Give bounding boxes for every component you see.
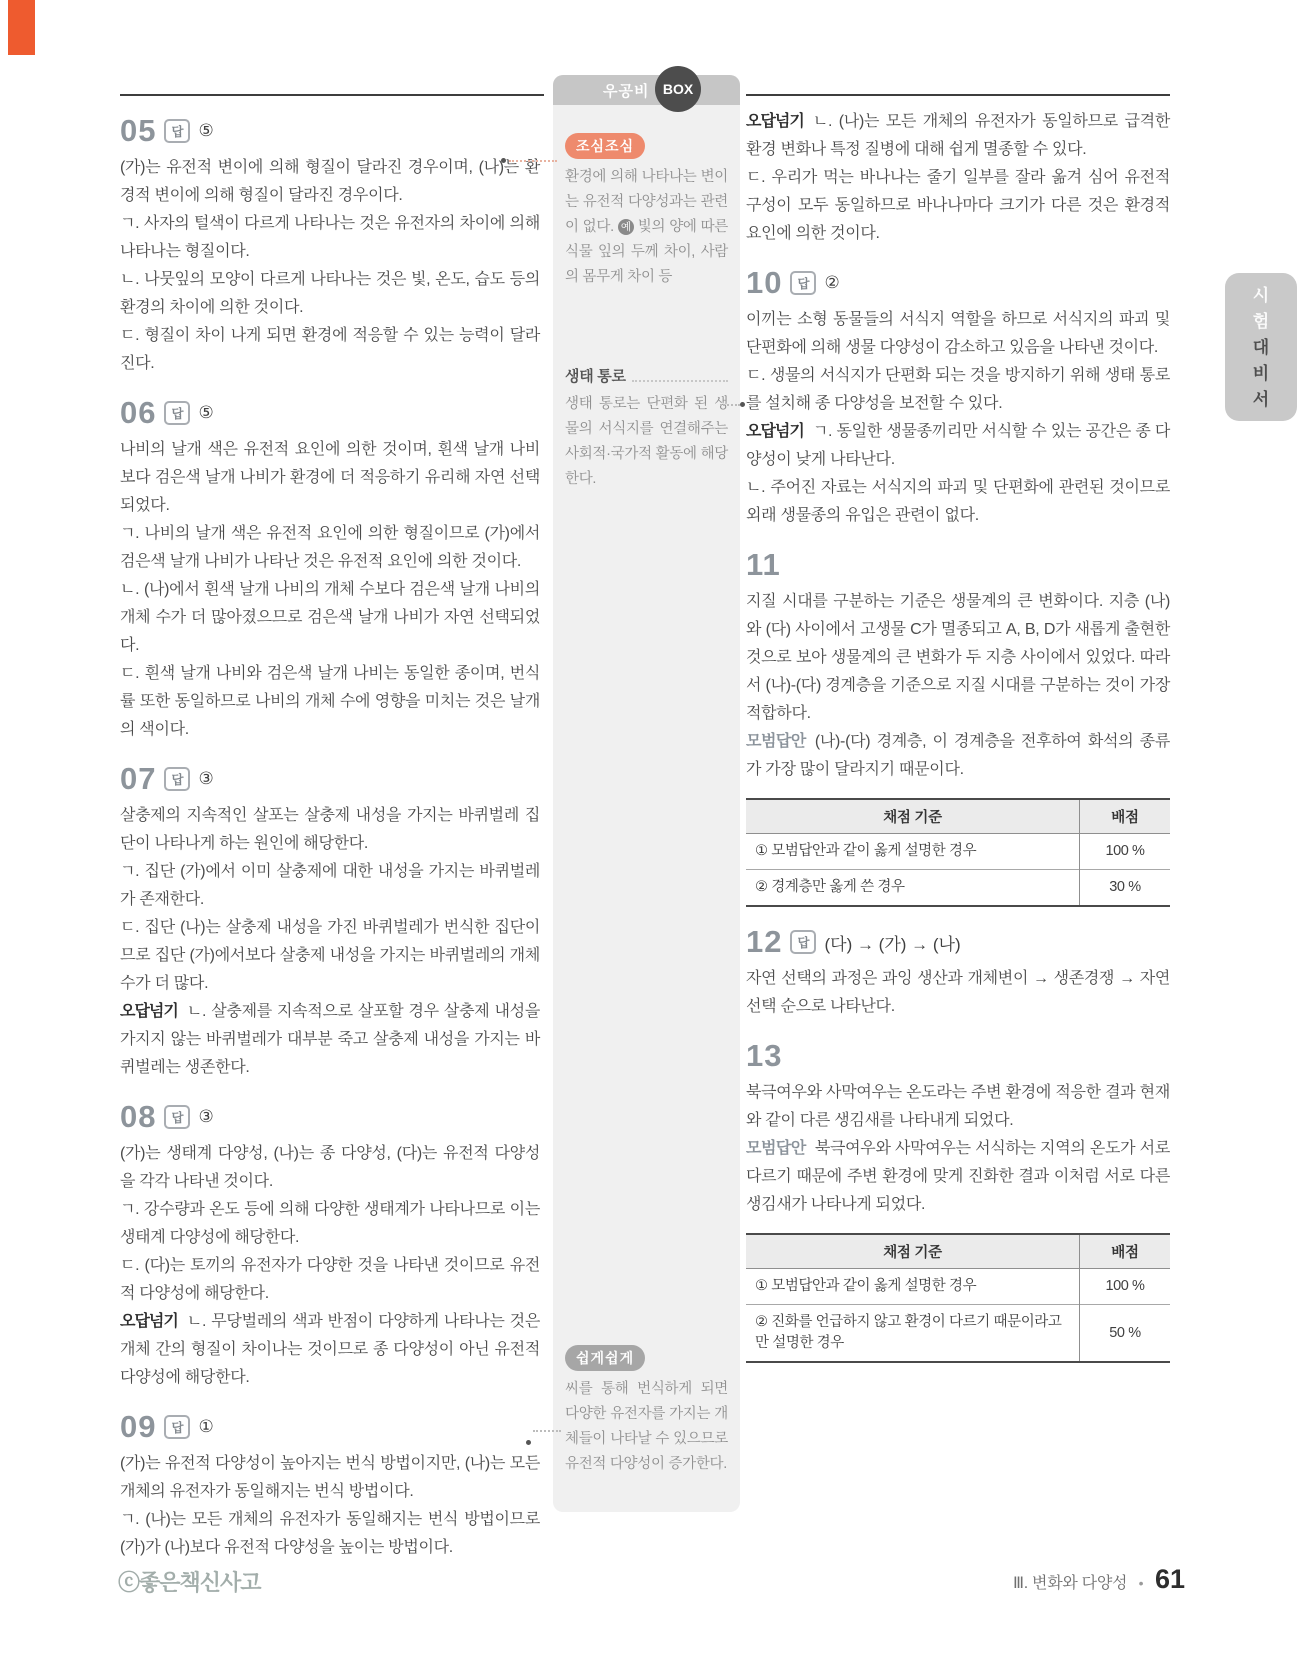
dotted-leader: [632, 380, 728, 382]
explanation-paragraph: (가)는 유전적 다양성이 높아지는 번식 방법이지만, (나)는 모든 개체의…: [120, 1450, 540, 1506]
caution-badge: 조심조심: [565, 133, 645, 159]
answer-item-06: 06 답 ⑤ 나비의 날개 색은 유전적 요인에 의한 것이며, 흰색 날개 나…: [120, 396, 540, 744]
explanation-paragraph: 이끼는 소형 동물들의 서식지 역할을 하므로 서식지의 파괴 및 단편화에 의…: [746, 306, 1170, 362]
explanation-paragraph: 지질 시대를 구분하는 기준은 생물계의 큰 변화이다. 지층 (나)와 (다)…: [746, 588, 1170, 728]
model-answer-text: (나)-(다) 경계층, 이 경계층을 전후하여 화석의 종류가 가장 많이 달…: [746, 733, 1170, 778]
model-answer-label: 모범답안: [746, 733, 806, 750]
caution-text: 환경에 의해 나타나는 변이는 유전적 다양성과는 관련이 없다. 예 빛의 양…: [565, 165, 728, 290]
explanation-paragraph: 살충제의 지속적인 살포는 살충제 내성을 가지는 바퀴벌레 집단이 나타나게 …: [120, 802, 540, 858]
explanation-paragraph: (가)는 생태계 다양성, (나)는 종 다양성, (다)는 유전적 다양성을 …: [120, 1140, 540, 1196]
term-connector-line: [720, 404, 740, 406]
explanation-paragraph: 자연 선택의 과정은 과잉 생산과 개체변이 → 생존경쟁 → 자연 선택 순으…: [746, 965, 1170, 1021]
criteria-header: 채점 기준: [746, 799, 1080, 834]
question-number: 08: [120, 1099, 156, 1135]
caution-connector-line: [509, 160, 557, 162]
points-cell: 50 %: [1080, 1305, 1171, 1363]
answer-label-icon: 답: [790, 271, 816, 295]
answer-value: ②: [824, 273, 839, 293]
side-tab-char: 서: [1253, 387, 1269, 412]
left-column: 05 답 ⑤ (가)는 유전적 변이에 의해 형질이 달라진 경우이며, (나)…: [120, 108, 540, 1562]
criteria-header: 채점 기준: [746, 1234, 1080, 1269]
question-number: 09: [120, 1409, 156, 1445]
panel-header: 우공비 BOX: [553, 75, 740, 105]
explanation-paragraph: ㄷ. 형질이 차이 나게 되면 환경에 적응할 수 있는 능력이 달라진다.: [120, 322, 540, 378]
question-number: 11: [746, 547, 781, 583]
question-number: 06: [120, 395, 156, 431]
wrong-answer-text: ㄱ. 동일한 생물종끼리만 서식할 수 있는 공간은 종 다양성이 낮게 나타난…: [746, 423, 1170, 468]
explanation-paragraph: ㄷ. 우리가 먹는 바나나는 줄기 일부를 잘라 옮겨 심어 유전적 구성이 모…: [746, 164, 1170, 248]
answer-value: ③: [198, 769, 213, 789]
criteria-cell: ① 모범답안과 같이 옳게 설명한 경우: [746, 1269, 1080, 1305]
answer-item-13: 13 북극여우와 사막여우는 온도라는 주변 환경에 적응한 결과 현재와 같이…: [746, 1039, 1170, 1363]
explanation-paragraph: (가)는 유전적 변이에 의해 형질이 달라진 경우이며, (나)는 환경적 변…: [120, 154, 540, 210]
question-number: 10: [746, 265, 782, 301]
section-color-mark: [8, 0, 35, 55]
explanation-paragraph: 북극여우와 사막여우는 온도라는 주변 환경에 적응한 결과 현재와 같이 다른…: [746, 1079, 1170, 1135]
points-header: 배점: [1080, 799, 1171, 834]
explanation-paragraph: ㄱ. 강수량과 온도 등에 의해 다양한 생태계가 나타나므로 이는 생태계 다…: [120, 1196, 540, 1252]
answer-item-10: 10 답 ② 이끼는 소형 동물들의 서식지 역할을 하므로 서식지의 파괴 및…: [746, 266, 1170, 530]
answer-value: (다) → (가) → (나): [824, 930, 960, 955]
connector-dot: [526, 1440, 531, 1445]
answer-item-05: 05 답 ⑤ (가)는 유전적 변이에 의해 형질이 달라진 경우이며, (나)…: [120, 114, 540, 378]
answer-heading: 11: [746, 548, 1170, 582]
table-row: ① 모범답안과 같이 옳게 설명한 경우 100 %: [746, 834, 1170, 870]
panel-title: 우공비: [603, 80, 649, 101]
wrong-answer-paragraph: 오답넘기ㄱ. 동일한 생물종끼리만 서식할 수 있는 공간은 종 다양성이 낮게…: [746, 418, 1170, 474]
side-tab-char: 비: [1253, 361, 1269, 386]
table-row: ① 모범답안과 같이 옳게 설명한 경우 100 %: [746, 1269, 1170, 1305]
explanation-paragraph: ㄷ. 생물의 서식지가 단편화 되는 것을 방지하기 위해 생태 통로를 설치해…: [746, 362, 1170, 418]
explanation-paragraph: ㄱ. (나)는 모든 개체의 유전자가 동일해지는 번식 방법이므로 (가)가 …: [120, 1506, 540, 1562]
answer-heading: 12 답 (다) → (가) → (나): [746, 925, 1170, 959]
connector-dot: [740, 402, 745, 407]
easy-badge: 쉽게쉽게: [565, 1345, 645, 1371]
explanation-paragraph: ㄱ. 집단 (가)에서 이미 살충제에 대한 내성을 가지는 바퀴벌레가 존재한…: [120, 858, 540, 914]
side-tab-char: 시: [1253, 283, 1269, 308]
answer-heading: 09 답 ①: [120, 1410, 540, 1444]
explanation-paragraph: ㄴ. 주어진 자료는 서식지의 파괴 및 단편화에 관련된 것이므로 외래 생물…: [746, 474, 1170, 530]
answer-item-09-continued: 오답넘기ㄴ. (나)는 모든 개체의 유전자가 동일하므로 급격한 환경 변화나…: [746, 108, 1170, 248]
wrong-answer-paragraph: 오답넘기ㄴ. 무당벌레의 색과 반점이 다양하게 나타나는 것은 개체 간의 형…: [120, 1308, 540, 1392]
box-badge-icon: BOX: [655, 66, 701, 112]
explanation-paragraph: ㄱ. 나비의 날개 색은 유전적 요인에 의한 형질이므로 (가)에서 검은색 …: [120, 520, 540, 576]
wrong-answer-label: 오답넘기: [746, 113, 804, 130]
footer-page-info: Ⅲ. 변화와 다양성 • 61: [900, 1564, 1185, 1595]
wrong-answer-label: 오답넘기: [120, 1313, 178, 1330]
question-number: 12: [746, 924, 782, 960]
answer-heading: 10 답 ②: [746, 266, 1170, 300]
side-tab-char: 험: [1253, 309, 1269, 334]
table-header-row: 채점 기준 배점: [746, 1234, 1170, 1269]
grading-table: 채점 기준 배점 ① 모범답안과 같이 옳게 설명한 경우 100 % ② 경계…: [746, 798, 1170, 907]
answer-heading: 06 답 ⑤: [120, 396, 540, 430]
side-tab-char: 대: [1253, 335, 1269, 360]
wrong-answer-text: ㄴ. 살충제를 지속적으로 살포할 경우 살충제 내성을 가지지 않는 바퀴벌레…: [120, 1003, 540, 1076]
easy-note: 쉽게쉽게 씨를 통해 번식하게 되면 다양한 유전자를 가지는 개체들이 나타날…: [565, 1345, 728, 1477]
footer-separator-dot: •: [1139, 1575, 1144, 1591]
easy-connector-line: [533, 1430, 561, 1432]
model-answer-text: 북극여우와 사막여우는 서식하는 지역의 온도가 서로 다르기 때문에 주변 환…: [746, 1140, 1170, 1213]
answer-item-09: 09 답 ① (가)는 유전적 다양성이 높아지는 번식 방법이지만, (나)는…: [120, 1410, 540, 1562]
question-number: 07: [120, 761, 156, 797]
explanation-paragraph: 나비의 날개 색은 유전적 요인에 의한 것이며, 흰색 날개 나비보다 검은색…: [120, 436, 540, 520]
question-number: 13: [746, 1038, 782, 1074]
explanation-paragraph: ㄷ. (다)는 토끼의 유전자가 다양한 것을 나타낸 것이므로 유전적 다양성…: [120, 1252, 540, 1308]
table-header-row: 채점 기준 배점: [746, 799, 1170, 834]
wrong-answer-label: 오답넘기: [120, 1003, 178, 1020]
example-mark-icon: 예: [618, 219, 634, 235]
answer-label-icon: 답: [164, 401, 190, 425]
exam-prep-side-tab: 시 험 대 비 서: [1225, 273, 1297, 421]
criteria-cell: ① 모범답안과 같이 옳게 설명한 경우: [746, 834, 1080, 870]
term-note: 생태 통로 생태 통로는 단편화 된 생물의 서식지를 연결해주는 사회적·국가…: [565, 365, 728, 492]
explanation-paragraph: ㄱ. 사자의 털색이 다르게 나타나는 것은 유전자의 차이에 의해 나타나는 …: [120, 210, 540, 266]
answer-heading: 13: [746, 1039, 1170, 1073]
wrong-answer-paragraph: 오답넘기ㄴ. (나)는 모든 개체의 유전자가 동일하므로 급격한 환경 변화나…: [746, 108, 1170, 164]
model-answer-label: 모범답안: [746, 1140, 806, 1157]
table-row: ② 경계층만 옳게 쓴 경우 30 %: [746, 870, 1170, 907]
answer-item-12: 12 답 (다) → (가) → (나) 자연 선택의 과정은 과잉 생산과 개…: [746, 925, 1170, 1021]
points-cell: 30 %: [1080, 870, 1171, 907]
explanation-paragraph: ㄴ. (나)에서 흰색 날개 나비의 개체 수보다 검은색 날개 나비의 개체 …: [120, 576, 540, 660]
points-header: 배점: [1080, 1234, 1171, 1269]
answer-value: ⑤: [198, 403, 213, 423]
answer-label-icon: 답: [164, 1105, 190, 1129]
wrong-answer-label: 오답넘기: [746, 423, 804, 440]
table-row: ② 진화를 언급하지 않고 환경이 다르기 때문이라고만 설명한 경우 50 %: [746, 1305, 1170, 1363]
points-cell: 100 %: [1080, 834, 1171, 870]
top-rule-left: [120, 94, 544, 96]
term-title: 생태 통로: [565, 365, 728, 386]
answer-value: ③: [198, 1107, 213, 1127]
wrong-answer-paragraph: 오답넘기ㄴ. 살충제를 지속적으로 살포할 경우 살충제 내성을 가지지 않는 …: [120, 998, 540, 1082]
explanation-paragraph: ㄴ. 나뭇잎의 모양이 다르게 나타나는 것은 빛, 온도, 습도 등의 환경의…: [120, 266, 540, 322]
answer-heading: 05 답 ⑤: [120, 114, 540, 148]
caution-note: 조심조심 환경에 의해 나타나는 변이는 유전적 다양성과는 관련이 없다. 예…: [565, 133, 728, 290]
term-text: 생태 통로는 단편화 된 생물의 서식지를 연결해주는 사회적·국가적 활동에 …: [565, 392, 728, 492]
workbook-answer-page: 05 답 ⑤ (가)는 유전적 변이에 의해 형질이 달라진 경우이며, (나)…: [0, 0, 1302, 1655]
easy-text: 씨를 통해 번식하게 되면 다양한 유전자를 가지는 개체들이 나타날 수 있으…: [565, 1377, 728, 1477]
publisher-logo: ⓒ좋은책신사고: [118, 1566, 261, 1597]
points-cell: 100 %: [1080, 1269, 1171, 1305]
answer-value: ⑤: [198, 121, 213, 141]
answer-value: ①: [198, 1417, 213, 1437]
right-column: 오답넘기ㄴ. (나)는 모든 개체의 유전자가 동일하므로 급격한 환경 변화나…: [746, 108, 1170, 1367]
answer-label-icon: 답: [164, 767, 190, 791]
answer-heading: 07 답 ③: [120, 762, 540, 796]
explanation-paragraph: ㄷ. 흰색 날개 나비와 검은색 날개 나비는 동일한 종이며, 번식률 또한 …: [120, 660, 540, 744]
criteria-cell: ② 진화를 언급하지 않고 환경이 다르기 때문이라고만 설명한 경우: [746, 1305, 1080, 1363]
model-answer-paragraph: 모범답안북극여우와 사막여우는 서식하는 지역의 온도가 서로 다르기 때문에 …: [746, 1135, 1170, 1219]
top-rule-right: [746, 94, 1170, 96]
answer-label-icon: 답: [164, 119, 190, 143]
criteria-cell: ② 경계층만 옳게 쓴 경우: [746, 870, 1080, 907]
answer-item-08: 08 답 ③ (가)는 생태계 다양성, (나)는 종 다양성, (다)는 유전…: [120, 1100, 540, 1392]
wrong-answer-text: ㄴ. 무당벌레의 색과 반점이 다양하게 나타나는 것은 개체 간의 형질이 차…: [120, 1313, 540, 1386]
ugongbi-box-panel: 우공비 BOX 조심조심 환경에 의해 나타나는 변이는 유전적 다양성과는 관…: [553, 75, 740, 1512]
footer-page-number: 61: [1155, 1564, 1185, 1594]
answer-label-icon: 답: [790, 930, 816, 954]
wrong-answer-text: ㄴ. (나)는 모든 개체의 유전자가 동일하므로 급격한 환경 변화나 특정 …: [746, 113, 1170, 158]
answer-item-11: 11 지질 시대를 구분하는 기준은 생물계의 큰 변화이다. 지층 (나)와 …: [746, 548, 1170, 907]
grading-table: 채점 기준 배점 ① 모범답안과 같이 옳게 설명한 경우 100 % ② 진화…: [746, 1233, 1170, 1363]
connector-dot: [501, 158, 506, 163]
explanation-paragraph: ㄷ. 집단 (나)는 살충제 내성을 가진 바퀴벌레가 번식한 집단이므로 집단…: [120, 914, 540, 998]
footer-section-title: Ⅲ. 변화와 다양성: [1013, 1575, 1127, 1592]
question-number: 05: [120, 113, 156, 149]
answer-heading: 08 답 ③: [120, 1100, 540, 1134]
model-answer-paragraph: 모범답안(나)-(다) 경계층, 이 경계층을 전후하여 화석의 종류가 가장 …: [746, 728, 1170, 784]
answer-item-07: 07 답 ③ 살충제의 지속적인 살포는 살충제 내성을 가지는 바퀴벌레 집단…: [120, 762, 540, 1082]
answer-label-icon: 답: [164, 1415, 190, 1439]
